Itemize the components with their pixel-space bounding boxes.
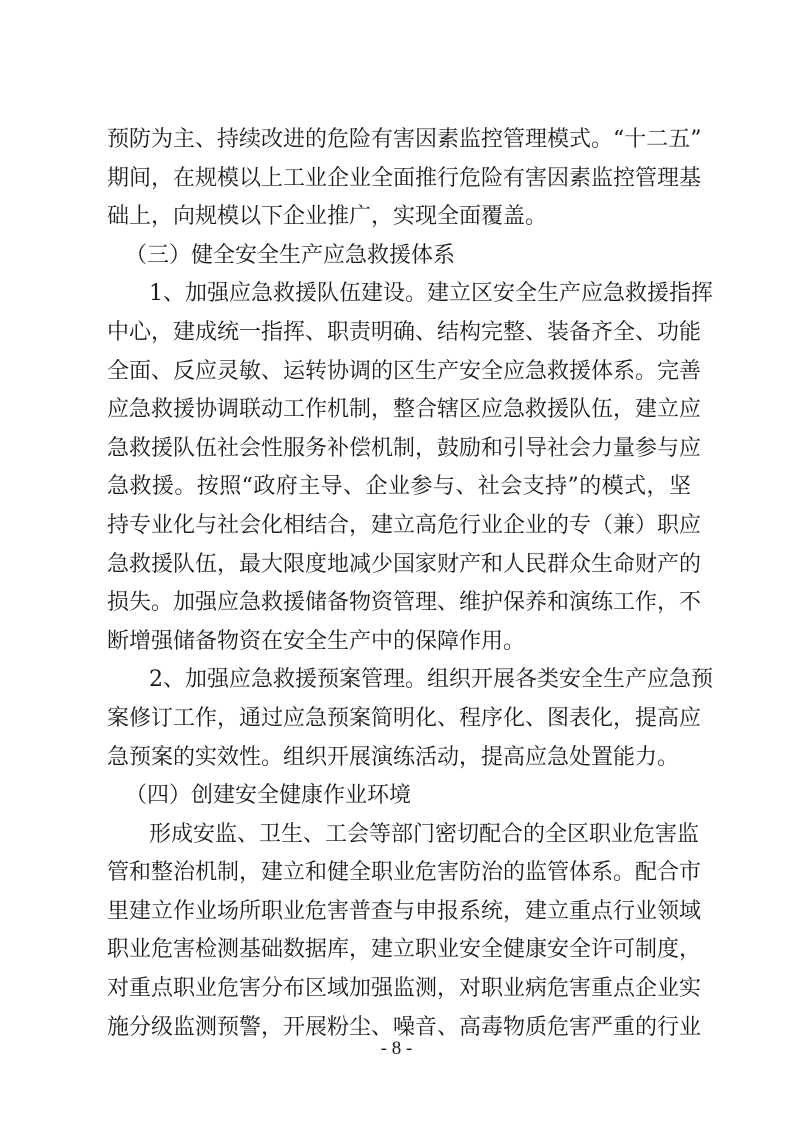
- text-line: 急救援队伍社会性服务补偿机制，鼓励和引导社会力量参与应: [107, 430, 691, 469]
- text-line: 急预案的实效性。组织开展演练活动，提高应急处置能力。: [107, 739, 691, 778]
- text-line: 断增强储备物资在安全生产中的保障作用。: [107, 623, 691, 662]
- text-line: 础上，向规模以下企业推广，实现全面覆盖。: [107, 198, 691, 237]
- text-line: 2、加强应急救援预案管理。组织开展各类安全生产应急预: [107, 661, 691, 700]
- text-line: 持专业化与社会化相结合，建立高危行业企业的专（兼）职应: [107, 507, 691, 546]
- document-body: 预防为主、持续改进的危险有害因素监控管理模式。“十二五” 期间，在规模以上工业企…: [107, 121, 691, 1047]
- text-line: 损失。加强应急救援储备物资管理、维护保养和演练工作，不: [107, 584, 691, 623]
- text-line: 1、加强应急救援队伍建设。建立区安全生产应急救援指挥: [107, 275, 691, 314]
- text-line: 全面、反应灵敏、运转协调的区生产安全应急救援体系。完善: [107, 353, 691, 392]
- text-line: 预防为主、持续改进的危险有害因素监控管理模式。“十二五”: [107, 121, 691, 160]
- text-line: 期间，在规模以上工业企业全面推行危险有害因素监控管理基: [107, 160, 691, 199]
- text-line: 形成安监、卫生、工会等部门密切配合的全区职业危害监: [107, 816, 691, 855]
- text-line: 中心，建成统一指挥、职责明确、结构完整、装备齐全、功能: [107, 314, 691, 353]
- text-line: 急救援队伍，最大限度地减少国家财产和人民群众生命财产的: [107, 546, 691, 585]
- text-line: 应急救援协调联动工作机制，整合辖区应急救援队伍，建立应: [107, 391, 691, 430]
- document-page: 预防为主、持续改进的危险有害因素监控管理模式。“十二五” 期间，在规模以上工业企…: [0, 0, 793, 1122]
- text-line: 对重点职业危害分布区域加强监测，对职业病危害重点企业实: [107, 970, 691, 1009]
- page-number: - 8 -: [0, 1038, 793, 1060]
- section-heading-3: （三）健全安全生产应急救援体系: [107, 237, 691, 276]
- text-line: 急救援。按照“政府主导、企业参与、社会支持”的模式，坚: [107, 468, 691, 507]
- text-line: 案修订工作，通过应急预案简明化、程序化、图表化，提高应: [107, 700, 691, 739]
- text-line: 职业危害检测基础数据库，建立职业安全健康安全许可制度，: [107, 931, 691, 970]
- text-line: 管和整治机制，建立和健全职业危害防治的监管体系。配合市: [107, 854, 691, 893]
- text-line: 里建立作业场所职业危害普查与申报系统，建立重点行业领域: [107, 893, 691, 932]
- section-heading-4: （四）创建安全健康作业环境: [107, 777, 691, 816]
